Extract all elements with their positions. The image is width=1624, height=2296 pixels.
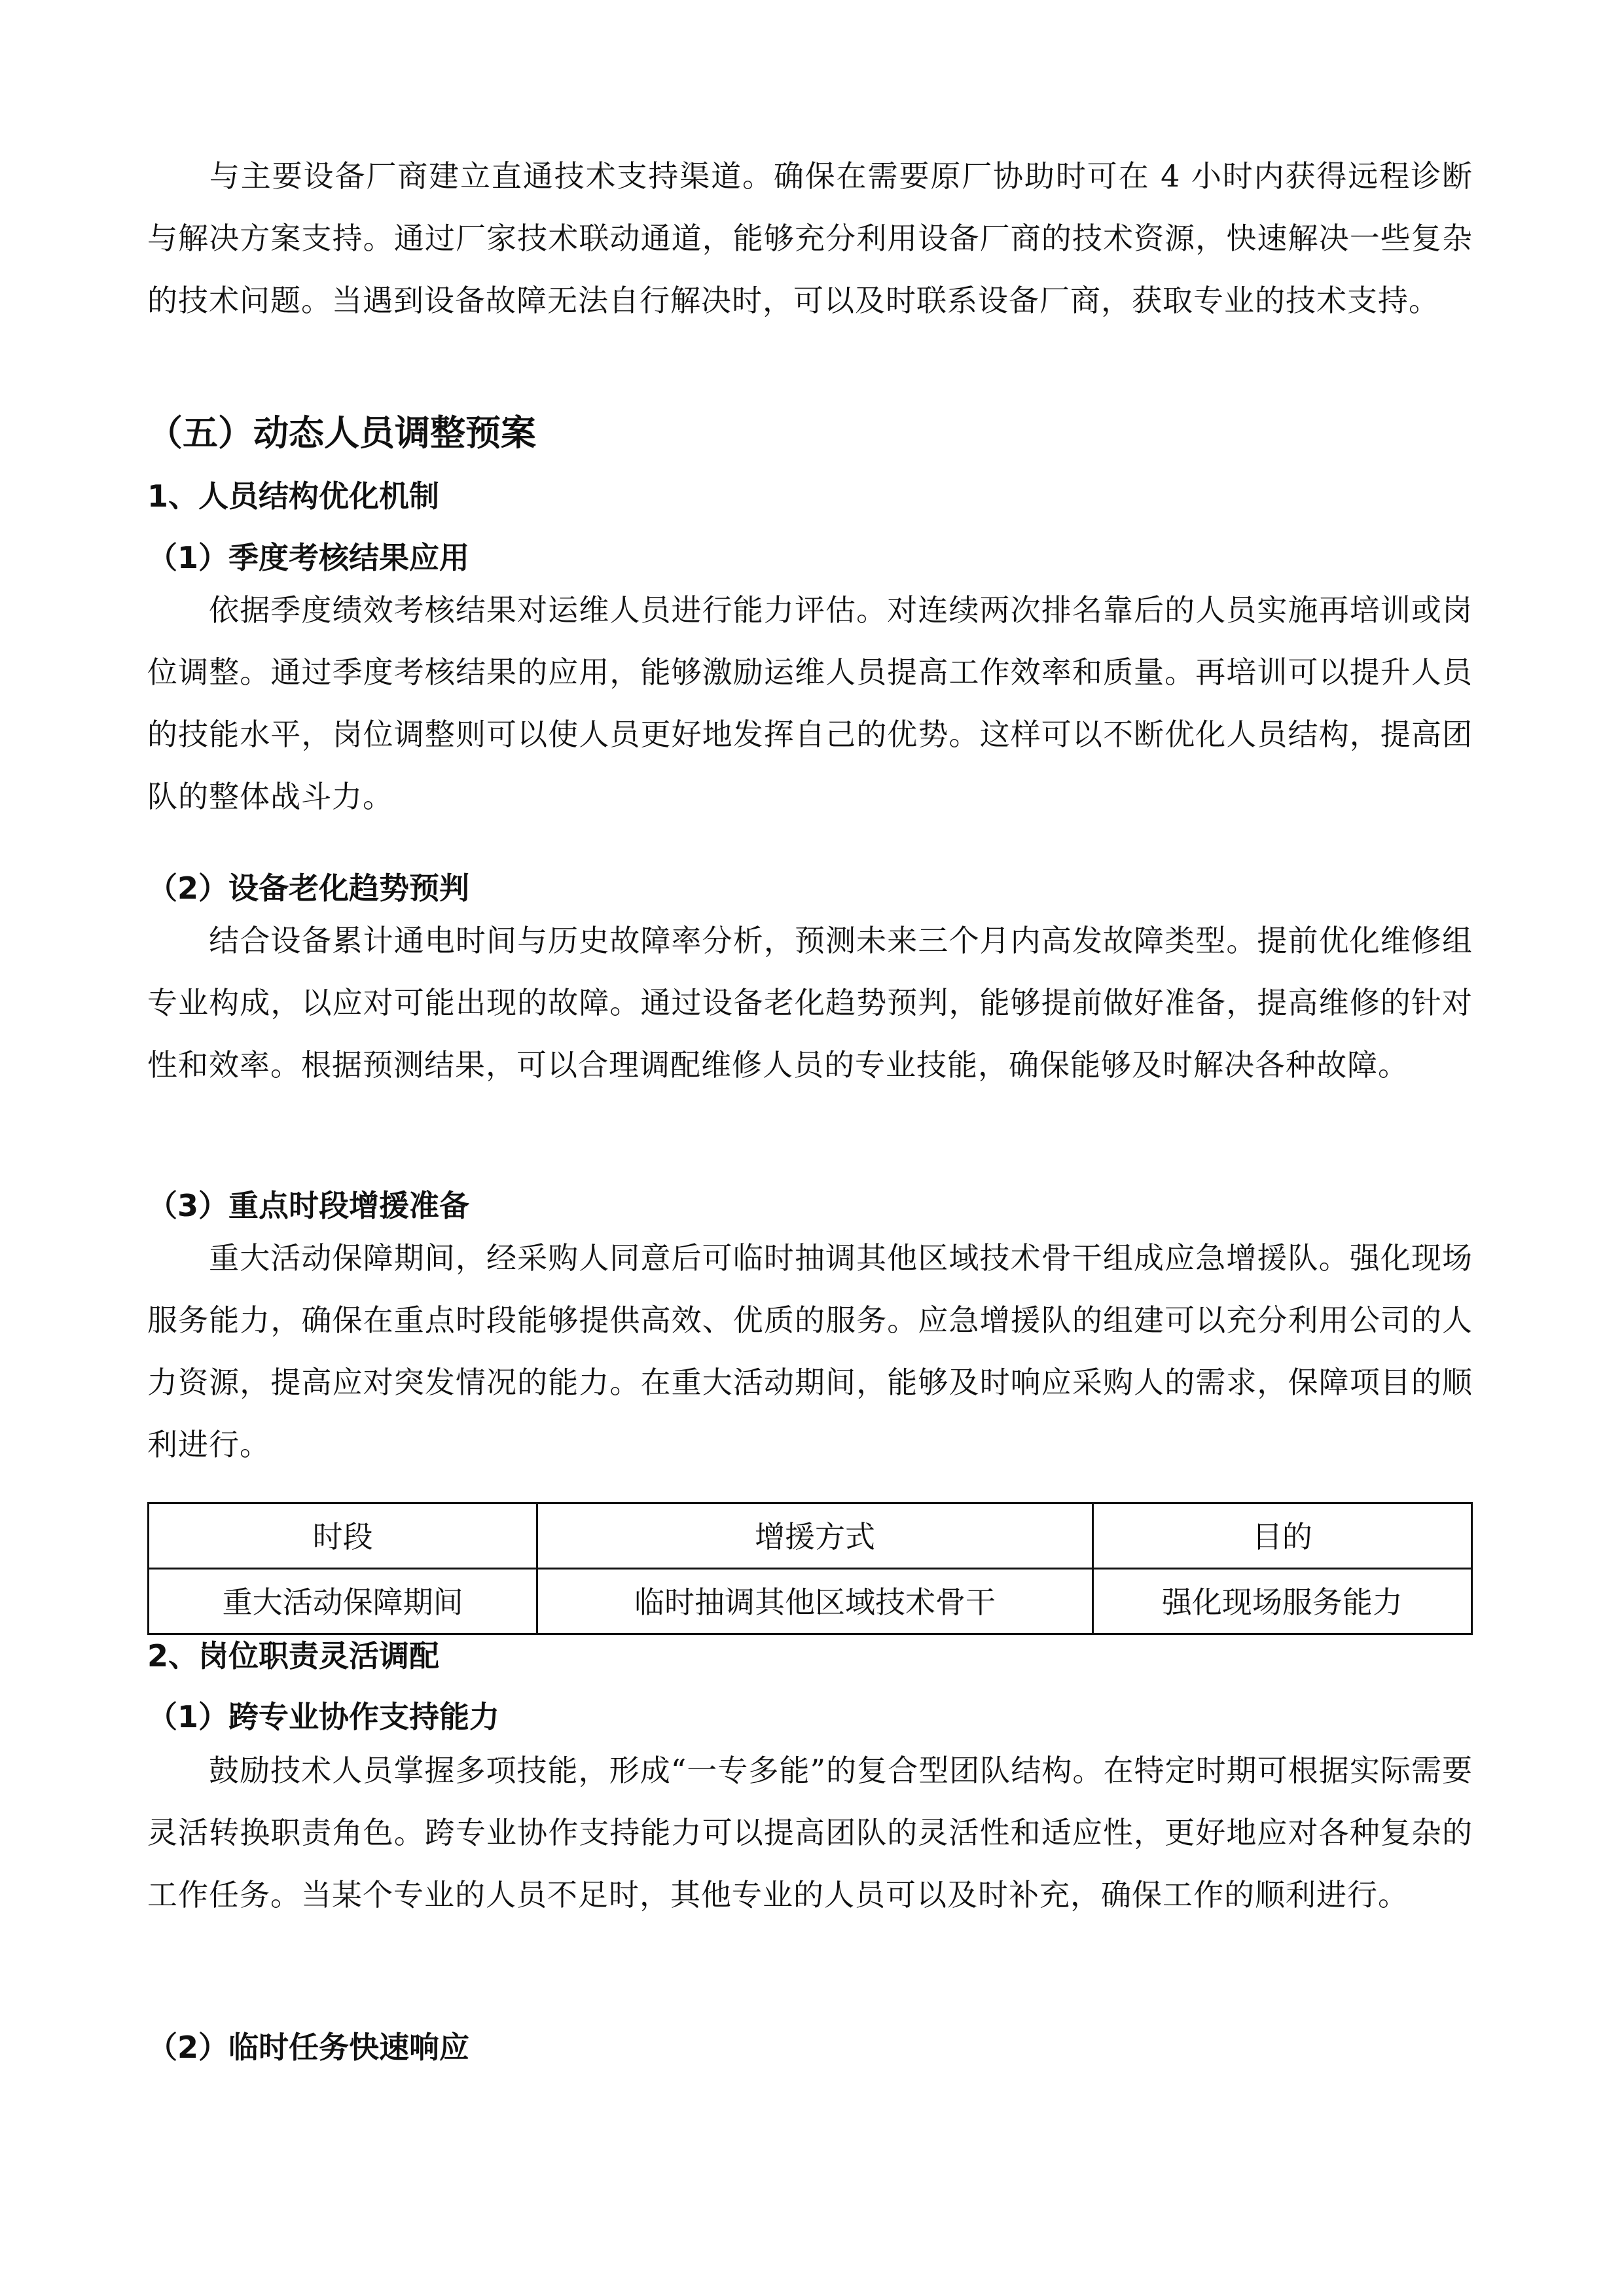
table-cell: 强化现场服务能力	[1092, 1569, 1471, 1634]
intro-paragraph: 与主要设备厂商建立直通技术支持渠道。确保在需要原厂协助时可在 4 小时内获得远程…	[147, 145, 1473, 332]
table-header-cell: 增援方式	[537, 1503, 1093, 1569]
table-row: 重大活动保障期间 临时抽调其他区域技术骨干 强化现场服务能力	[149, 1569, 1472, 1634]
table-cell: 重大活动保障期间	[149, 1569, 537, 1634]
part-title-2: 2、岗位职责灵活调配	[147, 1636, 439, 1676]
part-title-1: 1、人员结构优化机制	[147, 476, 439, 516]
item-paragraph-2-1: 鼓励技术人员掌握多项技能，形成“一专多能”的复合型团队结构。在特定时期可根据实际…	[147, 1740, 1473, 1926]
item-title-1-1: （1）季度考核结果应用	[147, 538, 469, 577]
item-paragraph-1-1: 依据季度绩效考核结果对运维人员进行能力评估。对连续两次排名靠后的人员实施再培训或…	[147, 579, 1473, 828]
table-header-cell: 目的	[1092, 1503, 1471, 1569]
table-header-cell: 时段	[149, 1503, 537, 1569]
item-paragraph-1-3: 重大活动保障期间，经采购人同意后可临时抽调其他区域技术骨干组成应急增援队。强化现…	[147, 1227, 1473, 1476]
paragraph-text: 结合设备累计通电时间与历史故障率分析，预测未来三个月内高发故障类型。提前优化维修…	[147, 923, 1473, 1083]
item-title-2-1: （1）跨专业协作支持能力	[147, 1697, 499, 1736]
section-title: （五）动态人员调整预案	[147, 410, 536, 456]
item-title-2-2: （2）临时任务快速响应	[147, 2028, 469, 2067]
table-header-row: 时段 增援方式 目的	[149, 1503, 1472, 1569]
paragraph-text: 鼓励技术人员掌握多项技能，形成“一专多能”的复合型团队结构。在特定时期可根据实际…	[147, 1753, 1473, 1912]
item-paragraph-1-2: 结合设备累计通电时间与历史故障率分析，预测未来三个月内高发故障类型。提前优化维修…	[147, 910, 1473, 1096]
item-title-1-2: （2）设备老化趋势预判	[147, 869, 469, 908]
paragraph-text: 与主要设备厂商建立直通技术支持渠道。确保在需要原厂协助时可在 4 小时内获得远程…	[147, 158, 1473, 318]
item-title-1-3: （3）重点时段增援准备	[147, 1186, 469, 1225]
paragraph-text: 重大活动保障期间，经采购人同意后可临时抽调其他区域技术骨干组成应急增援队。强化现…	[147, 1240, 1473, 1462]
paragraph-text: 依据季度绩效考核结果对运维人员进行能力评估。对连续两次排名靠后的人员实施再培训或…	[147, 592, 1473, 814]
reinforcement-table: 时段 增援方式 目的 重大活动保障期间 临时抽调其他区域技术骨干 强化现场服务能…	[147, 1502, 1473, 1635]
table-cell: 临时抽调其他区域技术骨干	[537, 1569, 1093, 1634]
